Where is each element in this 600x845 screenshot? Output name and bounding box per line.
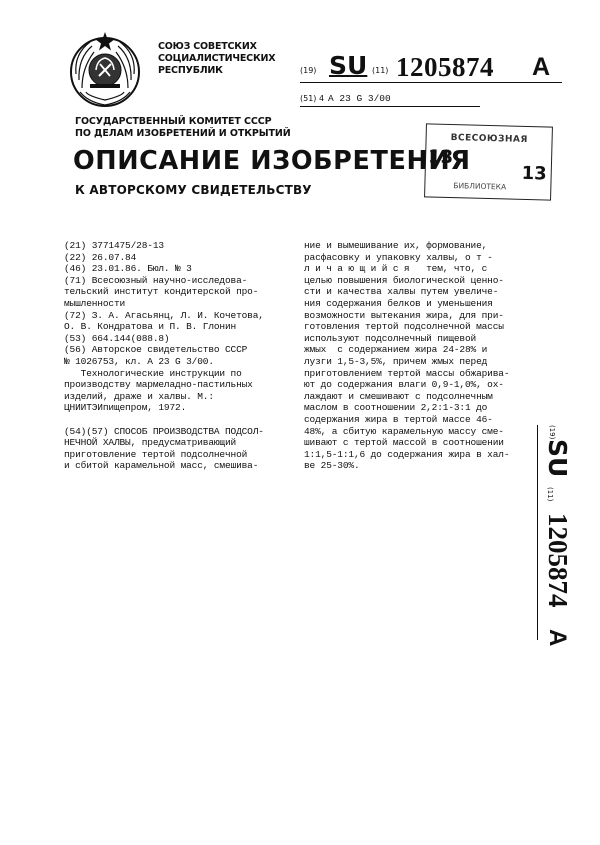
ipc-code-label: (51) 4 xyxy=(300,94,324,103)
text-line: тельский институт кондитерской про- xyxy=(64,286,264,298)
text-line: производству мармеладно-пастильных xyxy=(64,379,264,391)
patent-number-row: (19) SU (11) 1205874 A xyxy=(300,52,562,83)
text-line: сти и качества халвы путем увеличе- xyxy=(304,286,509,298)
country-code: SU xyxy=(329,52,367,80)
text-line: лаждают и смешивают с подсолнечным xyxy=(304,391,509,403)
text-line: НЕЧНОЙ ХАЛВЫ, предусматривающий xyxy=(64,437,264,449)
side-patent-kind: A xyxy=(540,629,574,646)
text-line: (21) 3771475/28-13 xyxy=(64,240,264,252)
text-line: (72) З. А. Агасьянц, Л. И. Кочетова, xyxy=(64,310,264,322)
text-line: целью повышения биологической ценно- xyxy=(304,275,509,287)
text-line: ЦНИИТЭИпищепром, 1972. xyxy=(64,402,264,414)
document-subtitle: К АВТОРСКОМУ СВИДЕТЕЛЬСТВУ xyxy=(75,183,312,197)
side-patent-number-value: 1205874 xyxy=(540,513,576,608)
ussr-state-emblem-icon xyxy=(66,30,144,108)
text-line: ве 25-30%. xyxy=(304,460,509,472)
committee-name-line: ГОСУДАРСТВЕННЫЙ КОМИТЕТ СССР xyxy=(75,116,291,128)
text-line: расфасовку и упаковку халвы, о т - xyxy=(304,252,509,264)
text-line: жмых с содержанием жира 24-28% и xyxy=(304,344,509,356)
union-name-line: СОЮЗ СОВЕТСКИХ xyxy=(158,41,275,53)
text-line: № 1026753, кл. А 23 G 3/00. xyxy=(64,356,264,368)
side-country-code-label: (19) xyxy=(548,425,556,439)
text-line: (56) Авторское свидетельство СССР xyxy=(64,344,264,356)
union-name-line: РЕСПУБЛИК xyxy=(158,65,275,77)
text-line: мышленности xyxy=(64,298,264,310)
text-line: (46) 23.01.86. Бюл. № 3 xyxy=(64,263,264,275)
text-line: изделий, драже и халвы. М.: xyxy=(64,391,264,403)
side-patent-number: (19) SU (11) 1205874 A xyxy=(528,425,578,655)
text-line: Технологические инструкции по xyxy=(64,368,264,380)
text-line: ют до содержания влаги 0,9-1,0%, ох- xyxy=(304,379,509,391)
bibliography-column: (21) 3771475/28-13(22) 26.07.84(46) 23.0… xyxy=(64,240,264,472)
patent-kind: A xyxy=(532,52,550,82)
text-line: приготовление тертой подсолнечной xyxy=(64,449,264,461)
union-name: СОЮЗ СОВЕТСКИХ СОЦИАЛИСТИЧЕСКИХ РЕСПУБЛИ… xyxy=(158,41,275,77)
side-number-code-label: (11) xyxy=(546,487,554,501)
stamp-bottom-text: БИБЛИОТЕКА xyxy=(453,181,506,191)
stamp-number-right: 13 xyxy=(521,163,547,185)
text-line: О. В. Кондратова и П. В. Глонин xyxy=(64,321,264,333)
text-line: возможности вытекания жира, для при- xyxy=(304,310,509,322)
committee-name: ГОСУДАРСТВЕННЫЙ КОМИТЕТ СССР ПО ДЕЛАМ ИЗ… xyxy=(75,116,291,139)
stamp-title: ВСЕСОЮЗНАЯ xyxy=(450,133,528,145)
text-line: 48%, а сбитую карамельную массу сме- xyxy=(304,426,509,438)
text-line: лузги 1,5-3,5%, причем жмых перед xyxy=(304,356,509,368)
text-line: шивают с тертой массой в соотношении xyxy=(304,437,509,449)
side-underline xyxy=(537,425,538,640)
text-line: готовления тертой подсолнечной массы xyxy=(304,321,509,333)
text-line: приготовлением тертой массы обжарива- xyxy=(304,368,509,380)
text-line: содержания жира в тертой массе 46- xyxy=(304,414,509,426)
claim-column: ние и вымешивание их, формование,расфасо… xyxy=(304,240,509,472)
text-line: и сбитой карамельной масс, смешива- xyxy=(64,460,264,472)
text-line: (71) Всесоюзный научно-исследова- xyxy=(64,275,264,287)
text-line: л и ч а ю щ и й с я тем, что, с xyxy=(304,263,509,275)
number-code-label: (11) xyxy=(372,66,388,75)
side-country-code: SU xyxy=(540,439,574,477)
ipc-classification: (51) 4 A 23 G 3/00 xyxy=(300,92,480,107)
text-line: 1:1,5-1:1,6 до содержания жира в хал- xyxy=(304,449,509,461)
text-line: используют подсолнечный пищевой xyxy=(304,333,509,345)
ipc-code: A 23 G 3/00 xyxy=(328,93,391,104)
union-name-line: СОЦИАЛИСТИЧЕСКИХ xyxy=(158,53,275,65)
text-line xyxy=(64,414,264,426)
text-line: маслом в соотношении 2,2:1-3:1 до xyxy=(304,402,509,414)
patent-number: 1205874 xyxy=(396,52,494,82)
text-line: (22) 26.07.84 xyxy=(64,252,264,264)
text-line: (53) 664.144(088.8) xyxy=(64,333,264,345)
text-line: ния содержания белков и уменьшения xyxy=(304,298,509,310)
committee-name-line: ПО ДЕЛАМ ИЗОБРЕТЕНИЙ И ОТКРЫТИЙ xyxy=(75,128,291,140)
document-title: ОПИСАНИЕ ИЗОБРЕТЕНИЯ xyxy=(73,146,471,176)
text-line: (54)(57) СПОСОБ ПРОИЗВОДСТВА ПОДСОЛ- xyxy=(64,426,264,438)
text-line: ние и вымешивание их, формование, xyxy=(304,240,509,252)
country-code-label: (19) xyxy=(300,66,316,75)
